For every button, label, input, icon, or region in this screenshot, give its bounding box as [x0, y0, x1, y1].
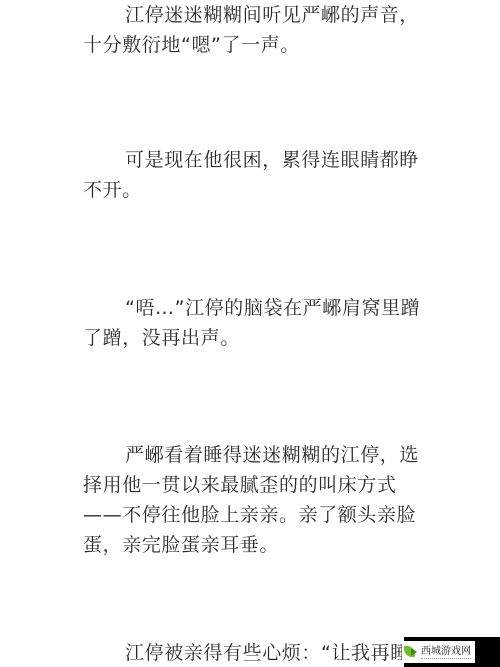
paragraph: 江停被亲得有些心烦：“让我再睡 [83, 638, 423, 667]
paragraph: 严峫看着睡得迷迷糊糊的江停，选择用他一贯以来最腻歪的的叫床方式——不停往他脸上亲… [83, 440, 423, 560]
watermark-text: 西城游戏网 [421, 646, 471, 659]
paragraph: 可是现在他很困，累得连眼睛都睁不开。 [83, 145, 423, 205]
paragraph: “唔…”江停的脑袋在严峫肩窝里蹭了蹭，没再出声。 [83, 293, 423, 353]
watermark-badge: 西城游戏网 [402, 641, 475, 663]
paragraph: 江停迷迷糊糊间听见严峫的声音，十分敷衍地“嗯”了一声。 [83, 0, 423, 60]
site-watermark: 西城游戏网 [404, 637, 500, 667]
leaf-arrow-logo-icon [404, 645, 418, 659]
